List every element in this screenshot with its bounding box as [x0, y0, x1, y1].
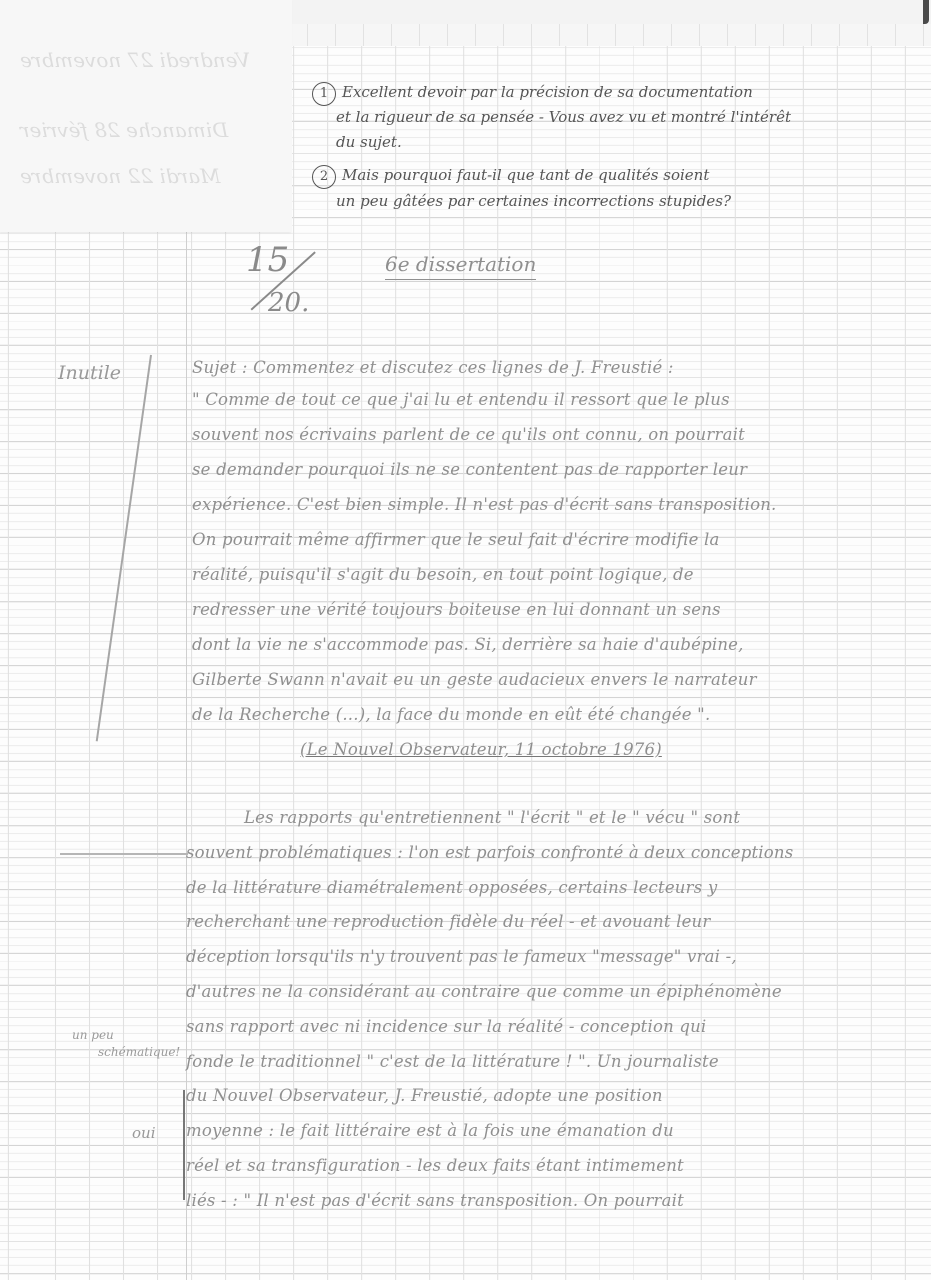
teacher-comment-1: 1Excellent devoir par la précision de sa…	[312, 82, 753, 106]
essay-line: d'autres ne la considérant au contraire …	[186, 982, 782, 1001]
margin-note-schematic-1: un peu	[72, 1028, 114, 1042]
quote-source: (Le Nouvel Observateur, 11 octobre 1976)	[300, 740, 662, 759]
quote-line: " Comme de tout ce que j'ai lu et entend…	[192, 390, 730, 409]
margin-note-schematic-2: schématique!	[98, 1045, 180, 1059]
note-line: Vendredi 27 novembre	[20, 48, 250, 72]
essay-line: sans rapport avec ni incidence sur la ré…	[186, 1017, 706, 1036]
comment-line: Mais pourquoi faut-il que tant de qualit…	[342, 166, 709, 184]
subject-heading: Sujet : Commentez et discutez ces lignes…	[192, 358, 674, 377]
comment-line: et la rigueur de sa pensée - Vous avez v…	[336, 108, 791, 126]
quote-line: dont la vie ne s'accommode pas. Si, derr…	[192, 635, 744, 654]
sheet-edge	[923, 0, 929, 24]
margin-mark	[60, 853, 188, 855]
essay-line: Les rapports qu'entretiennent " l'écrit …	[244, 808, 740, 827]
margin-note-inutile: Inutile	[58, 362, 121, 384]
quote-line: se demander pourquoi ils ne se contenten…	[192, 460, 747, 479]
essay-line: recherchant une reproduction fidèle du r…	[186, 912, 710, 931]
comment-line: Excellent devoir par la précision de sa …	[342, 83, 753, 101]
middle-sheet	[280, 24, 931, 47]
essay-line: fonde le traditionnel " c'est de la litt…	[186, 1052, 719, 1071]
teacher-comment-2: 2Mais pourquoi faut-il que tant de quali…	[312, 165, 709, 189]
source-text: (Le Nouvel Observateur, 11 octobre 1976)	[300, 740, 662, 759]
quote-line: Gilberte Swann n'avait eu un geste audac…	[192, 670, 757, 689]
back-sheet	[280, 0, 931, 25]
essay-line: souvent problématiques : l'on est parfoi…	[186, 843, 793, 862]
essay-line: liés - : " Il n'est pas d'écrit sans tra…	[186, 1191, 684, 1210]
note-line: Mardi 22 novembre	[20, 164, 221, 188]
quote-line: On pourrait même affirmer que le seul fa…	[192, 530, 720, 549]
margin-note-oui: oui	[132, 1124, 156, 1142]
quote-line: expérience. C'est bien simple. Il n'est …	[192, 495, 777, 514]
quote-line: souvent nos écrivains parlent de ce qu'i…	[192, 425, 745, 444]
comment-number: 1	[312, 82, 336, 106]
essay-line: du Nouvel Observateur, J. Freustié, adop…	[186, 1086, 663, 1105]
quote-line: redresser une vérité toujours boiteuse e…	[192, 600, 721, 619]
page-title: 6e dissertation	[385, 252, 536, 280]
essay-line: réel et sa transfiguration - les deux fa…	[186, 1156, 684, 1175]
quote-line: de la Recherche (...), la face du monde …	[192, 705, 710, 724]
note-line: Dimanche 28 février	[20, 118, 228, 142]
comment-number: 2	[312, 165, 336, 189]
quote-line: réalité, puisqu'il s'agit du besoin, en …	[192, 565, 694, 584]
comment-line: un peu gâtées par certaines incorrection…	[336, 192, 731, 210]
essay-line: déception lorsqu'ils n'y trouvent pas le…	[186, 947, 737, 966]
essay-line: de la littérature diamétralement opposée…	[186, 878, 717, 897]
comment-line: du sujet.	[336, 133, 402, 151]
margin-bracket	[183, 1090, 185, 1200]
grade: 15 20.	[232, 240, 322, 330]
grade-score: 15	[246, 240, 289, 280]
sticky-note: Vendredi 27 novembre Dimanche 28 février…	[0, 0, 292, 232]
essay-line: moyenne : le fait littéraire est à la fo…	[186, 1121, 674, 1140]
grade-out-of: 20.	[268, 288, 309, 318]
